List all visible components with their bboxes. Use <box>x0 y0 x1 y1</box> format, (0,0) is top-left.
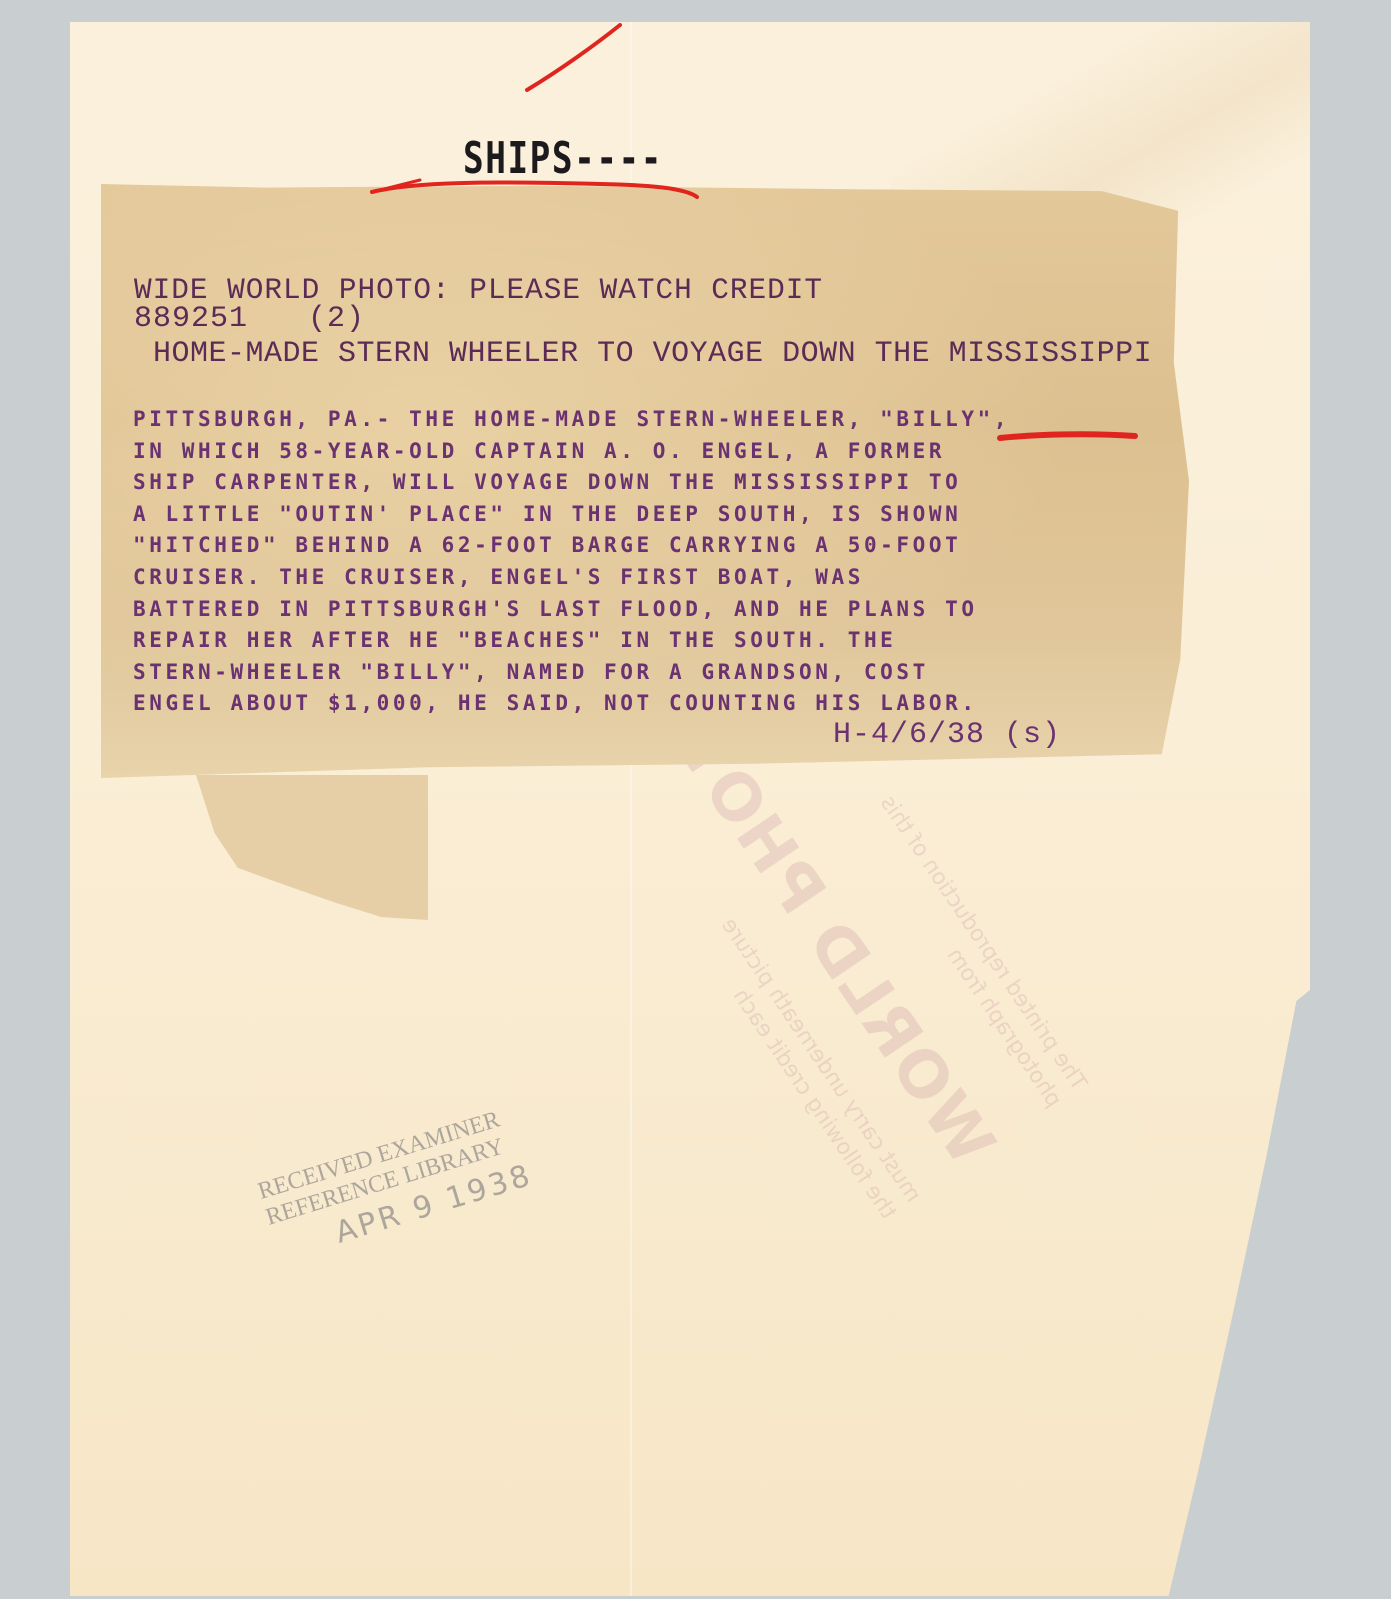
dateline: H-4/6/38 (s) <box>833 718 1061 752</box>
headline: HOME-MADE STERN WHEELER TO VOYAGE DOWN T… <box>153 337 1152 371</box>
category-stamp: SHIPS---- <box>463 133 663 184</box>
caption-line: SHIP CARPENTER, WILL VOYAGE DOWN THE MIS… <box>133 467 1010 499</box>
caption-line: ENGEL ABOUT $1,000, HE SAID, NOT COUNTIN… <box>133 688 1010 720</box>
caption-body: PITTSBURGH, PA.- THE HOME-MADE STERN-WHE… <box>133 404 1010 720</box>
caption-line: CRUISER. THE CRUISER, ENGEL'S FIRST BOAT… <box>133 562 1010 594</box>
caption-line: A LITTLE "OUTIN' PLACE" IN THE DEEP SOUT… <box>133 499 1010 531</box>
caption-line: IN WHICH 58-YEAR-OLD CAPTAIN A. O. ENGEL… <box>133 436 1010 468</box>
caption-line: REPAIR HER AFTER HE "BEACHES" IN THE SOU… <box>133 625 1010 657</box>
caption-line: PITTSBURGH, PA.- THE HOME-MADE STERN-WHE… <box>133 404 1010 436</box>
photo-number-line: 889251(2) <box>134 302 365 336</box>
photo-sequence: (2) <box>308 302 365 336</box>
caption-line: BATTERED IN PITTSBURGH'S LAST FLOOD, AND… <box>133 594 1010 626</box>
photo-number: 889251 <box>134 302 248 336</box>
caption-line: STERN-WHEELER "BILLY", NAMED FOR A GRAND… <box>133 657 1010 689</box>
caption-line: "HITCHED" BEHIND A 62-FOOT BARGE CARRYIN… <box>133 530 1010 562</box>
